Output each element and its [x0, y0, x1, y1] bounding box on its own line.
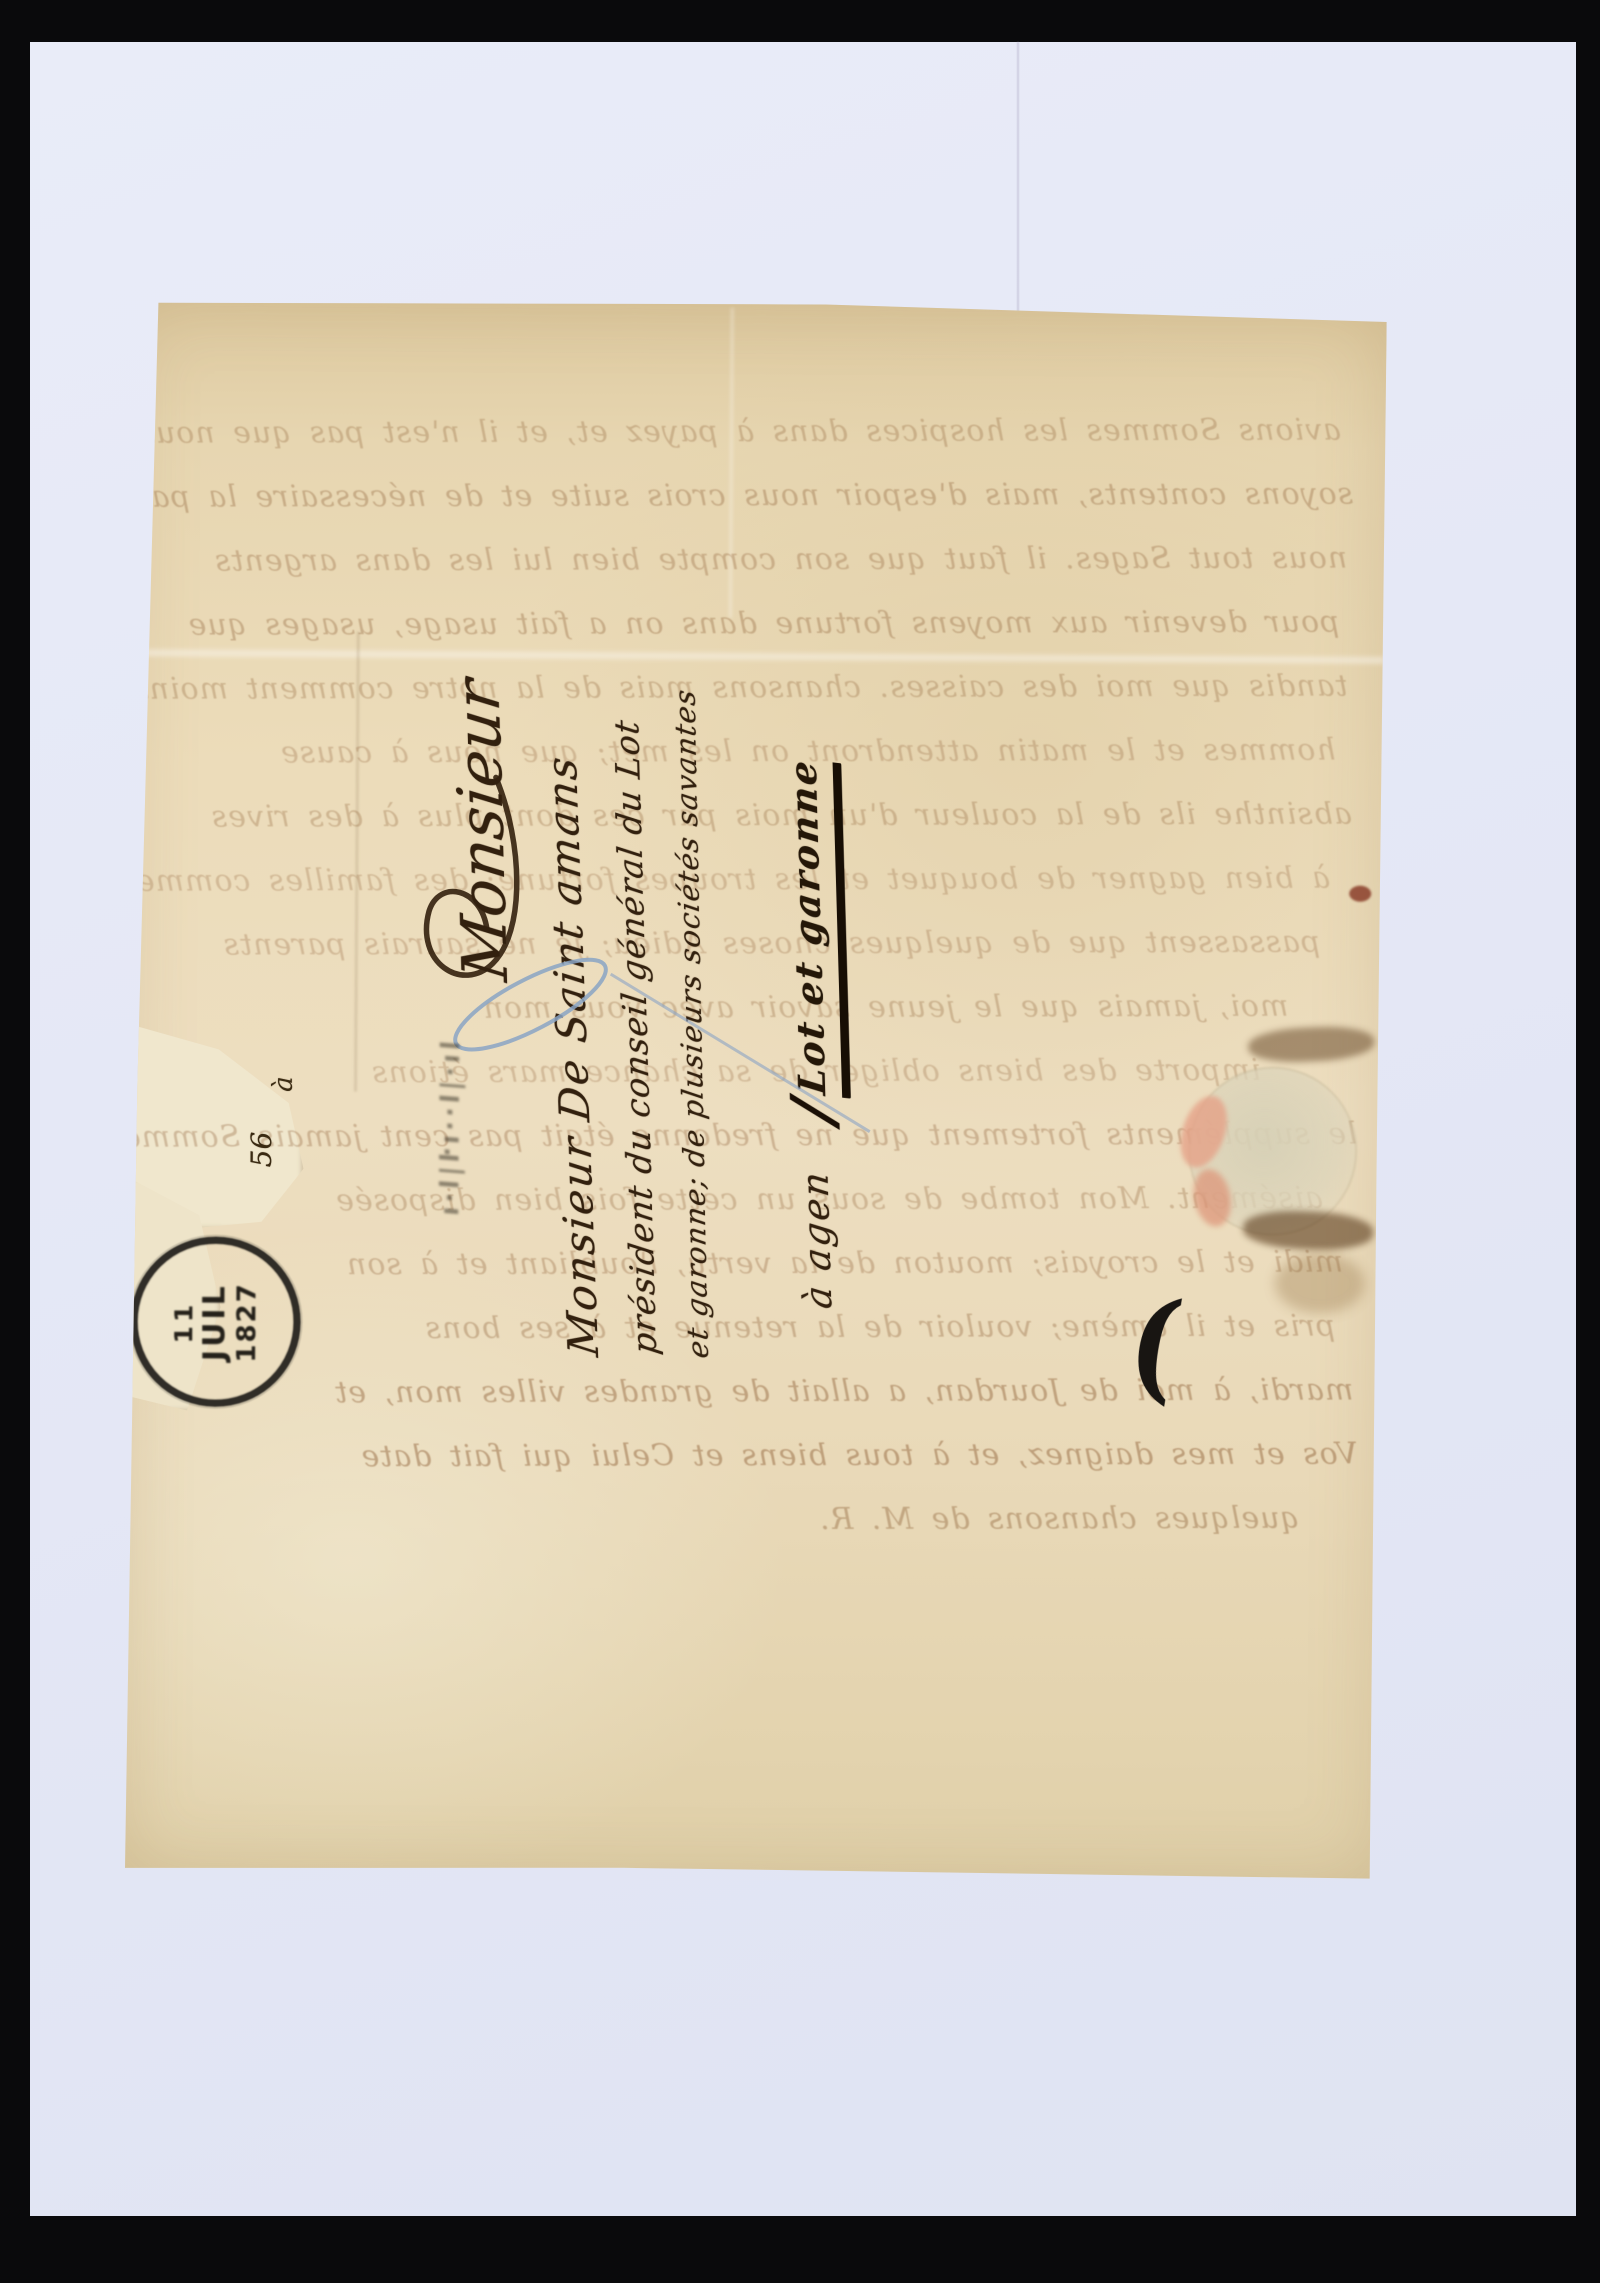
weight-annotation: à [269, 1076, 299, 1092]
address-recipient: Monsieur De Saint amans [537, 753, 608, 1359]
slash-mark: / [778, 1094, 849, 1126]
rate-annotation: 56 [245, 1132, 278, 1168]
address-block: Monsieur Monsieur De Saint amans préside… [396, 499, 881, 1362]
address-title-line: président du conseil général du Lot [607, 717, 664, 1356]
address-department-underlined: Lot et garonne [781, 757, 852, 1099]
red-stain-speck [1349, 886, 1371, 902]
address-destination-line: à agen/Lot et garonne [761, 754, 847, 1311]
address-title-line-2: et garonne; de plusieurs sociétés savant… [668, 687, 715, 1361]
bleedthrough-line: avions Sommes les hospices dans à payez … [115, 398, 1381, 465]
postmark-day: 11 [169, 1281, 198, 1362]
stain-tail [1275, 1253, 1365, 1314]
bleedthrough-line: Vos et mes daignez, et à tous biens et C… [131, 1422, 1383, 1489]
postmark-datestamp: 11 JUIL 1827 [130, 1236, 301, 1407]
postmark-year: 1827 [232, 1282, 262, 1363]
address-salutation: Monsieur [440, 676, 521, 984]
address-city: à agen [793, 1168, 840, 1311]
postmark-text: 11 JUIL 1827 [169, 1281, 262, 1362]
bleedthrough-line: mardi, à moi de Jourdan, a allait de gra… [127, 1358, 1383, 1425]
postmark-month: JUIL [198, 1281, 232, 1362]
letter-paper: avions Sommes les hospices dans à payez … [121, 300, 1387, 1882]
arrival-stamp: ı·l|ŀı··l|·ıl [435, 1034, 482, 1217]
bleedthrough-line: quelques chansons de M. R. [74, 1486, 1384, 1553]
scan-photo: avions Sommes les hospices dans à payez … [0, 0, 1600, 2283]
